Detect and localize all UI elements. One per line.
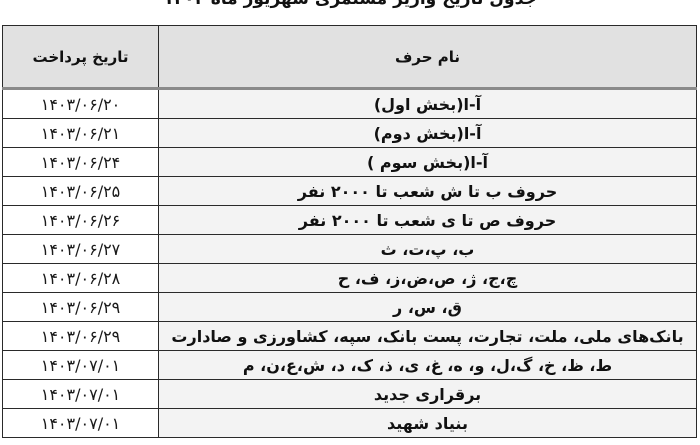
table-title: جدول تاریخ واریز مستمری شهریور ماه ۱۴۰۳ xyxy=(0,0,700,8)
table-row: ۱۴۰۳/۰۷/۰۱ بنیاد شهید xyxy=(3,409,697,438)
letter-name-cell: حروف ب تا ش شعب تا ۲۰۰۰ نفر xyxy=(159,177,697,206)
payment-schedule-table: تاریخ پرداخت نام حرف ۱۴۰۳/۰۶/۲۰ آ-ا(بخش … xyxy=(2,25,697,438)
table-header-row: تاریخ پرداخت نام حرف xyxy=(3,26,697,89)
table-row: ۱۴۰۳/۰۶/۲۹ بانک‌های ملی، ملت، تجارت، پست… xyxy=(3,322,697,351)
table-row: ۱۴۰۳/۰۶/۲۰ آ-ا(بخش اول) xyxy=(3,89,697,119)
table-row: ۱۴۰۳/۰۶/۲۶ حروف ص تا ی شعب تا ۲۰۰۰ نفر xyxy=(3,206,697,235)
letter-name-cell: ق، س، ر xyxy=(159,293,697,322)
payment-date-cell: ۱۴۰۳/۰۶/۲۹ xyxy=(3,293,159,322)
payment-date-cell: ۱۴۰۳/۰۷/۰۱ xyxy=(3,409,159,438)
table-row: ۱۴۰۳/۰۶/۲۸ چ،ج، ژ، ص،ض،ز، ف، ح xyxy=(3,264,697,293)
payment-date-cell: ۱۴۰۳/۰۶/۲۹ xyxy=(3,322,159,351)
table-row: ۱۴۰۳/۰۶/۲۴ آ-ا(بخش سوم ) xyxy=(3,148,697,177)
table-row: ۱۴۰۳/۰۶/۲۷ ب، پ،ت، ث xyxy=(3,235,697,264)
payment-date-cell: ۱۴۰۳/۰۶/۲۱ xyxy=(3,119,159,148)
letter-name-cell: بانک‌های ملی، ملت، تجارت، پست بانک، سپه،… xyxy=(159,322,697,351)
letter-name-cell: چ،ج، ژ، ص،ض،ز، ف، ح xyxy=(159,264,697,293)
letter-name-cell: آ-ا(بخش دوم) xyxy=(159,119,697,148)
payment-date-cell: ۱۴۰۳/۰۶/۲۵ xyxy=(3,177,159,206)
letter-name-cell: آ-ا(بخش اول) xyxy=(159,89,697,119)
table-row: ۱۴۰۳/۰۶/۲۱ آ-ا(بخش دوم) xyxy=(3,119,697,148)
letter-name-cell: آ-ا(بخش سوم ) xyxy=(159,148,697,177)
payment-date-cell: ۱۴۰۳/۰۶/۲۰ xyxy=(3,89,159,119)
payment-date-cell: ۱۴۰۳/۰۷/۰۱ xyxy=(3,351,159,380)
payment-date-cell: ۱۴۰۳/۰۷/۰۱ xyxy=(3,380,159,409)
letter-name-cell: برقراری جدید xyxy=(159,380,697,409)
table-row: ۱۴۰۳/۰۶/۲۹ ق، س، ر xyxy=(3,293,697,322)
letter-name-cell: حروف ص تا ی شعب تا ۲۰۰۰ نفر xyxy=(159,206,697,235)
table-row: ۱۴۰۳/۰۷/۰۱ ط، ظ، خ، گ،ل، و، ه، غ، ی، ذ، … xyxy=(3,351,697,380)
letter-name-cell: ب، پ،ت، ث xyxy=(159,235,697,264)
payment-date-cell: ۱۴۰۳/۰۶/۲۶ xyxy=(3,206,159,235)
payment-date-cell: ۱۴۰۳/۰۶/۲۴ xyxy=(3,148,159,177)
payment-date-cell: ۱۴۰۳/۰۶/۲۸ xyxy=(3,264,159,293)
table-row: ۱۴۰۳/۰۶/۲۵ حروف ب تا ش شعب تا ۲۰۰۰ نفر xyxy=(3,177,697,206)
letter-name-cell: ط، ظ، خ، گ،ل، و، ه، غ، ی، ذ، ک، د، ش،ع،ن… xyxy=(159,351,697,380)
header-letter-name: نام حرف xyxy=(159,26,697,89)
payment-date-cell: ۱۴۰۳/۰۶/۲۷ xyxy=(3,235,159,264)
letter-name-cell: بنیاد شهید xyxy=(159,409,697,438)
table-row: ۱۴۰۳/۰۷/۰۱ برقراری جدید xyxy=(3,380,697,409)
header-payment-date: تاریخ پرداخت xyxy=(3,26,159,89)
